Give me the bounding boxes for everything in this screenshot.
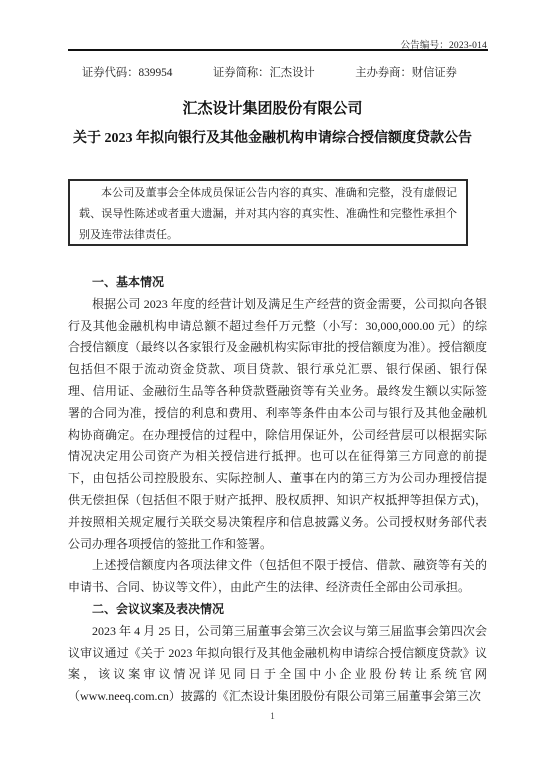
paragraph-credit-line-details: 根据公司 2023 年度的经营计划及满足生产经营的资金需要，公司拟向各银行及其他… <box>68 294 487 556</box>
sponsor-broker: 主办券商：财信证券 <box>355 64 457 80</box>
security-short-name: 证券简称：汇杰设计 <box>213 64 315 80</box>
section-heading-basic-info: 一、基本情况 <box>68 272 487 294</box>
announcement-title: 关于 2023 年拟向银行及其他金融机构申请综合授信额度贷款公告 <box>0 127 545 147</box>
sponsor-broker-value: 财信证券 <box>412 67 457 79</box>
page-number: 1 <box>0 711 545 721</box>
security-code-label: 证券代码： <box>82 67 139 79</box>
paragraph-legal-documents: 上述授信额度内各项法律文件（包括但不限于授信、借款、融资等有关的申请书、合同、协… <box>68 555 487 599</box>
document-body: 一、基本情况 根据公司 2023 年度的经营计划及满足生产经营的资金需要，公司拟… <box>68 272 487 708</box>
document-page: 公告编号：2023-014 证券代码：839954 证券简称：汇杰设计 主办券商… <box>0 0 545 771</box>
paragraph-meeting-resolution: 2023 年 4 月 25 日，公司第三届董事会第三次会议与第三届监事会第四次会… <box>68 621 487 708</box>
section-heading-meeting-resolution: 二、会议议案及表决情况 <box>68 599 487 621</box>
disclaimer-text: 本公司及董事会全体成员保证公告内容的真实、准确和完整，没有虚假记载、误导性陈述或… <box>79 183 457 245</box>
security-code-value: 839954 <box>139 67 173 79</box>
security-short-name-label: 证券简称： <box>213 67 270 79</box>
security-code: 证券代码：839954 <box>82 64 172 80</box>
securities-info-row: 证券代码：839954 证券简称：汇杰设计 主办券商：财信证券 <box>68 64 487 80</box>
security-short-name-value: 汇杰设计 <box>269 67 314 79</box>
disclaimer-box: 本公司及董事会全体成员保证公告内容的真实、准确和完整，没有虚假记载、误导性陈述或… <box>68 179 468 246</box>
company-name-title: 汇杰设计集团股份有限公司 <box>0 97 545 118</box>
header-rule <box>68 49 488 51</box>
sponsor-broker-label: 主办券商： <box>355 67 412 79</box>
